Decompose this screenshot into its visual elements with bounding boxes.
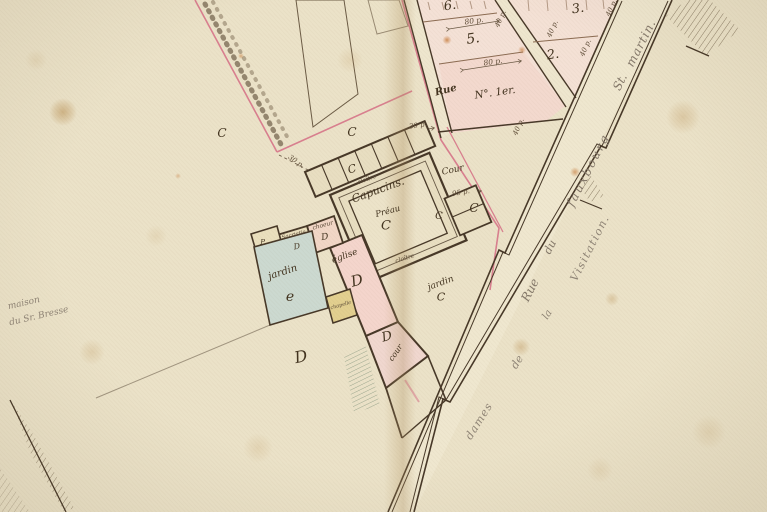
map-drawing (0, 0, 767, 512)
map-canvas: Rue du fauxbourg St. martin. dames de la… (0, 0, 767, 512)
paper-fold-band (384, 0, 416, 512)
